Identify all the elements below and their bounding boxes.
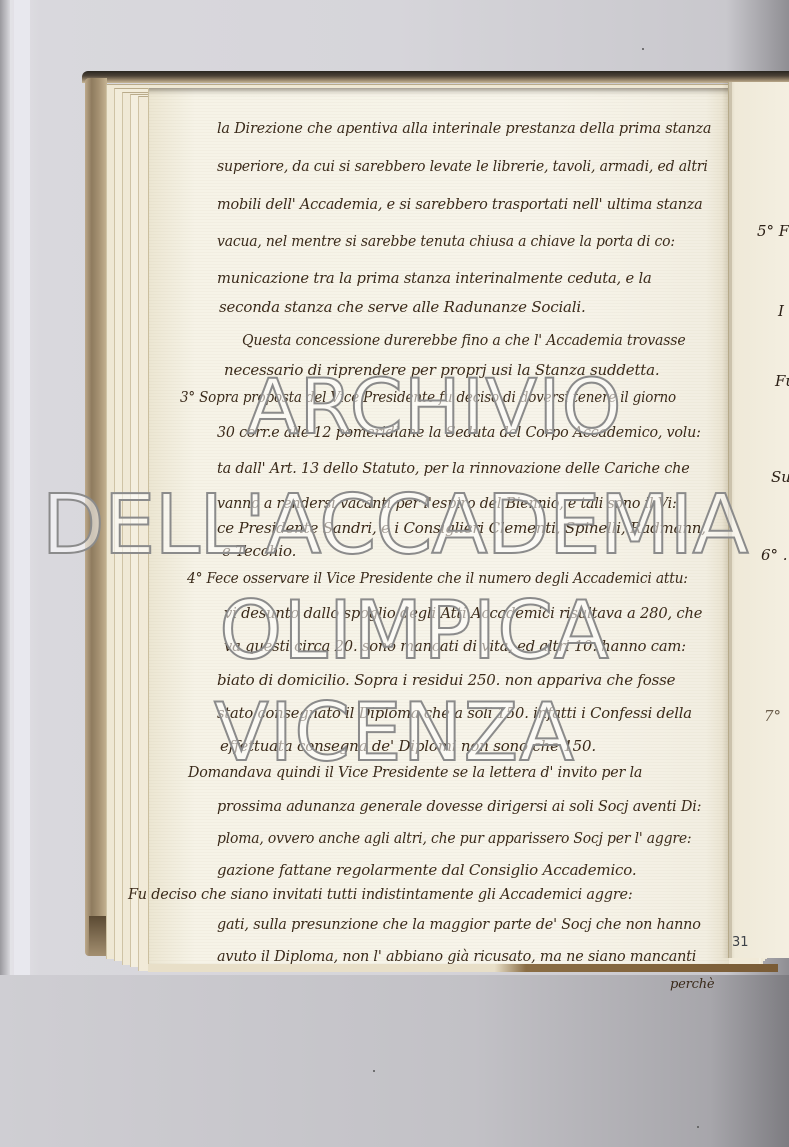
text-line: ploma, ovvero anche agli altri, che pur …	[217, 828, 691, 848]
catchword: perchè	[670, 975, 714, 995]
facing-page-fragment: I	[778, 302, 784, 320]
facing-page-fragment: 6° .	[761, 546, 788, 564]
text-line: 30 corr.e alle 12 pomeridiane la Seduta …	[217, 422, 701, 442]
scan-speck	[373, 1070, 375, 1072]
text-line: gati, sulla presunzione che la maggior p…	[217, 914, 701, 934]
facing-page-fragment: 5° F	[757, 222, 789, 240]
scanner-background	[0, 975, 789, 1147]
text-line: vacua, nel mentre si sarebbe tenuta chiu…	[217, 231, 675, 251]
book-spine	[85, 78, 107, 956]
text-line: seconda stanza che serve alle Radunanze …	[219, 297, 586, 317]
scan-speck	[642, 48, 644, 50]
text-line: va questi circa 20. sono mancati di vita…	[224, 636, 686, 656]
text-line: la Direzione che apentiva alla interinal…	[217, 118, 711, 138]
text-line: Domandava quindi il Vice Presidente se l…	[188, 762, 642, 782]
scan-speck	[697, 1126, 699, 1128]
text-line: gazione fattane regolarmente dal Consigl…	[217, 860, 636, 880]
text-line: avuto il Diploma, non l' abbiano già ric…	[217, 946, 696, 966]
book-spine-bottom	[89, 916, 107, 956]
text-line: municazione tra la prima stanza interina…	[217, 268, 652, 288]
text-line: 4° Fece osservare il Vice Presidente che…	[187, 568, 688, 588]
text-line: necessario di riprendere per proprj usi …	[224, 360, 659, 380]
text-line: Fu deciso che siano invitati tutti indis…	[128, 884, 633, 904]
text-line: ce Presidente Sandri, e i Consiglieri Cl…	[217, 518, 706, 538]
text-line: vi desunto dallo spoglio degli Atti Acca…	[224, 603, 702, 623]
page-number: 31	[732, 935, 749, 950]
facing-page-fragment: Fu	[775, 372, 789, 390]
facing-page-edge	[728, 82, 789, 958]
facing-page-fragment: 7°	[764, 707, 781, 725]
text-line: biato di domicilio. Sopra i residui 250.…	[217, 670, 675, 690]
book-top-edge	[82, 71, 789, 83]
text-line: vanno a rendersi vacanti per l'espiro de…	[217, 493, 677, 513]
facing-page-fragment: Su	[771, 468, 789, 486]
text-line: 3° Sopra proposta del Vice Presidente fu…	[180, 387, 676, 407]
text-line: superiore, da cui si sarebbero levate le…	[217, 156, 708, 176]
text-line: Questa concessione durerebbe fino a che …	[242, 330, 686, 350]
text-line: e Tecchio.	[222, 541, 296, 561]
text-line: mobili dell' Accademia, e si sarebbero t…	[217, 194, 703, 214]
text-line: stato consegnato il Diploma che a soli 1…	[217, 703, 692, 723]
gutter-shadow	[722, 82, 732, 958]
text-line: prossima adunanza generale dovesse dirig…	[217, 796, 701, 816]
text-line: effettuata consegna de' Diplomi non sono…	[220, 736, 596, 756]
text-line: ta dall' Art. 13 dello Statuto, per la r…	[217, 458, 690, 478]
